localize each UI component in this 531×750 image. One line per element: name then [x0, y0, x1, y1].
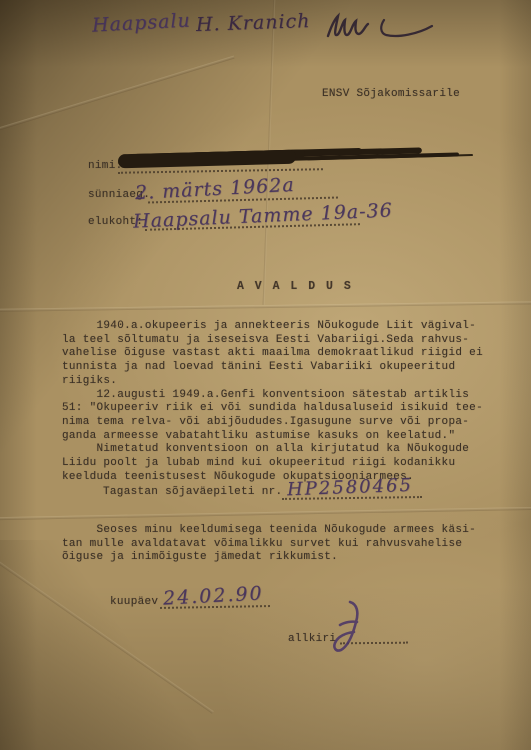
- handwritten-name: H. Kranich: [196, 10, 311, 36]
- handwritten-ticket-number: HP2580465: [287, 475, 414, 500]
- paper-crease-fold-2: [0, 507, 531, 520]
- paper-crease-bottom-diagonal: [0, 539, 214, 714]
- document-title: A V A L D U S: [237, 280, 353, 293]
- photographed-document: Haapsalu H. Kranich ENSV Sõjakomissarile…: [0, 0, 531, 750]
- body-paragraphs-1: 1940.a.okupeeris ja annekteeris Nõukogud…: [62, 320, 482, 484]
- top-signature-icon: [322, 6, 437, 48]
- addressee-line: ENSV Sõjakomissarile: [322, 88, 460, 100]
- paper-crease-fold-1: [0, 301, 531, 312]
- handwritten-place: Haapsalu: [91, 9, 191, 36]
- bottom-signature-icon: [326, 598, 368, 656]
- paper-shadow-bottom-left: [0, 540, 200, 750]
- ticket-line-label: Tagastan sõjaväepileti nr.: [103, 486, 282, 498]
- paper-crease-top-diagonal: [0, 56, 235, 138]
- redacted-name-mark: [118, 150, 296, 169]
- date-label: kuupäev: [110, 596, 158, 608]
- body-paragraphs-2: Seoses minu keeldumisega teenida Nõukogu…: [62, 524, 482, 565]
